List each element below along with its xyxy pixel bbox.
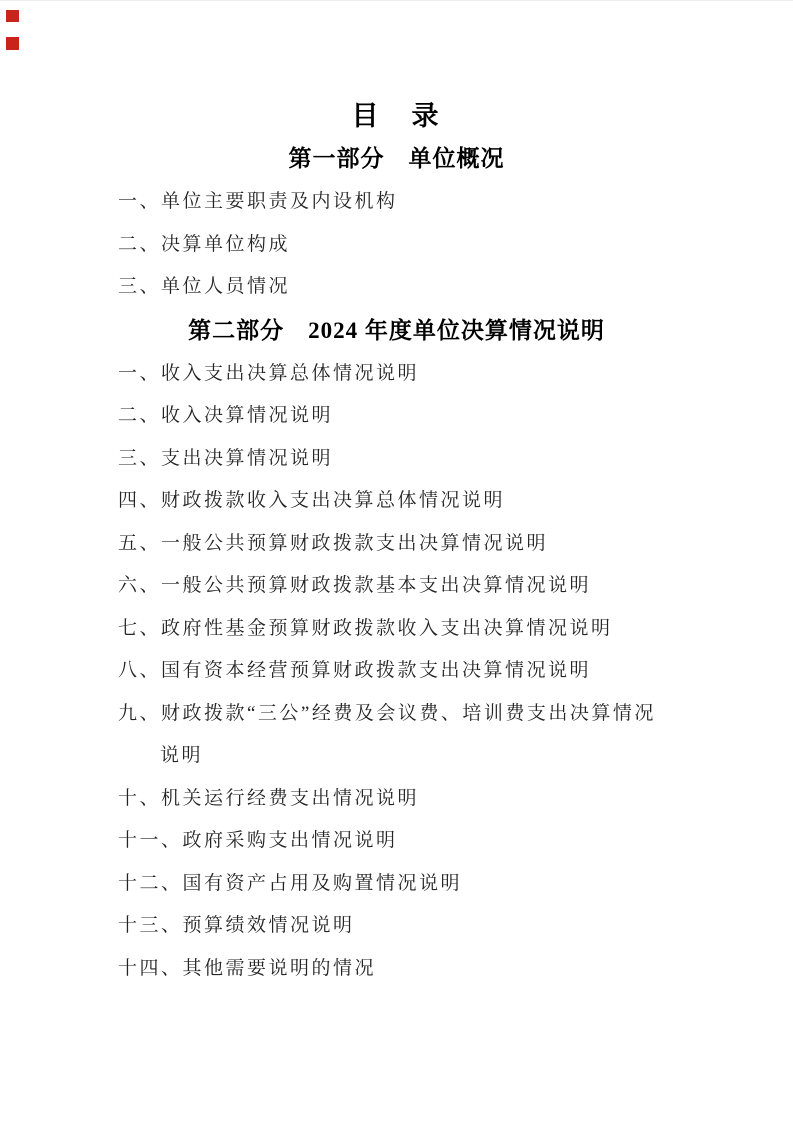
- toc-item: 十三、预算绩效情况说明: [118, 905, 763, 948]
- section-2-toc-list: 一、收入支出决算总体情况说明 二、收入决算情况说明 三、支出决算情况说明 四、财…: [0, 353, 793, 991]
- red-margin-mark-top: [6, 10, 19, 22]
- toc-item: 三、支出决算情况说明: [118, 438, 763, 481]
- toc-item: 一、单位主要职责及内设机构: [118, 181, 763, 224]
- red-margin-mark-bottom: [6, 37, 19, 50]
- toc-item: 十四、其他需要说明的情况: [118, 948, 763, 991]
- toc-item: 六、一般公共预算财政拨款基本支出决算情况说明: [118, 565, 763, 608]
- toc-item: 八、国有资本经营预算财政拨款支出决算情况说明: [118, 650, 763, 693]
- toc-item-continuation: 说明: [118, 735, 763, 778]
- toc-item: 四、财政拨款收入支出决算总体情况说明: [118, 480, 763, 523]
- section-1-heading: 第一部分 单位概况: [0, 137, 793, 181]
- toc-item: 十二、国有资产占用及购置情况说明: [118, 863, 763, 906]
- toc-item: 五、一般公共预算财政拨款支出决算情况说明: [118, 523, 763, 566]
- toc-item: 二、收入决算情况说明: [118, 395, 763, 438]
- toc-item: 一、收入支出决算总体情况说明: [118, 353, 763, 396]
- section-1-toc-list: 一、单位主要职责及内设机构 二、决算单位构成 三、单位人员情况: [0, 181, 793, 309]
- toc-item: 三、单位人员情况: [118, 266, 763, 309]
- section-2-heading: 第二部分 2024 年度单位决算情况说明: [0, 309, 793, 353]
- page-title: 目 录: [0, 95, 793, 137]
- toc-item: 十、机关运行经费支出情况说明: [118, 778, 763, 821]
- toc-item: 九、财政拨款“三公”经费及会议费、培训费支出决算情况: [118, 693, 763, 736]
- toc-item: 二、决算单位构成: [118, 224, 763, 267]
- toc-item: 十一、政府采购支出情况说明: [118, 820, 763, 863]
- toc-item: 七、政府性基金预算财政拨款收入支出决算情况说明: [118, 608, 763, 651]
- document-page: 目 录 第一部分 单位概况 一、单位主要职责及内设机构 二、决算单位构成 三、单…: [0, 0, 793, 1122]
